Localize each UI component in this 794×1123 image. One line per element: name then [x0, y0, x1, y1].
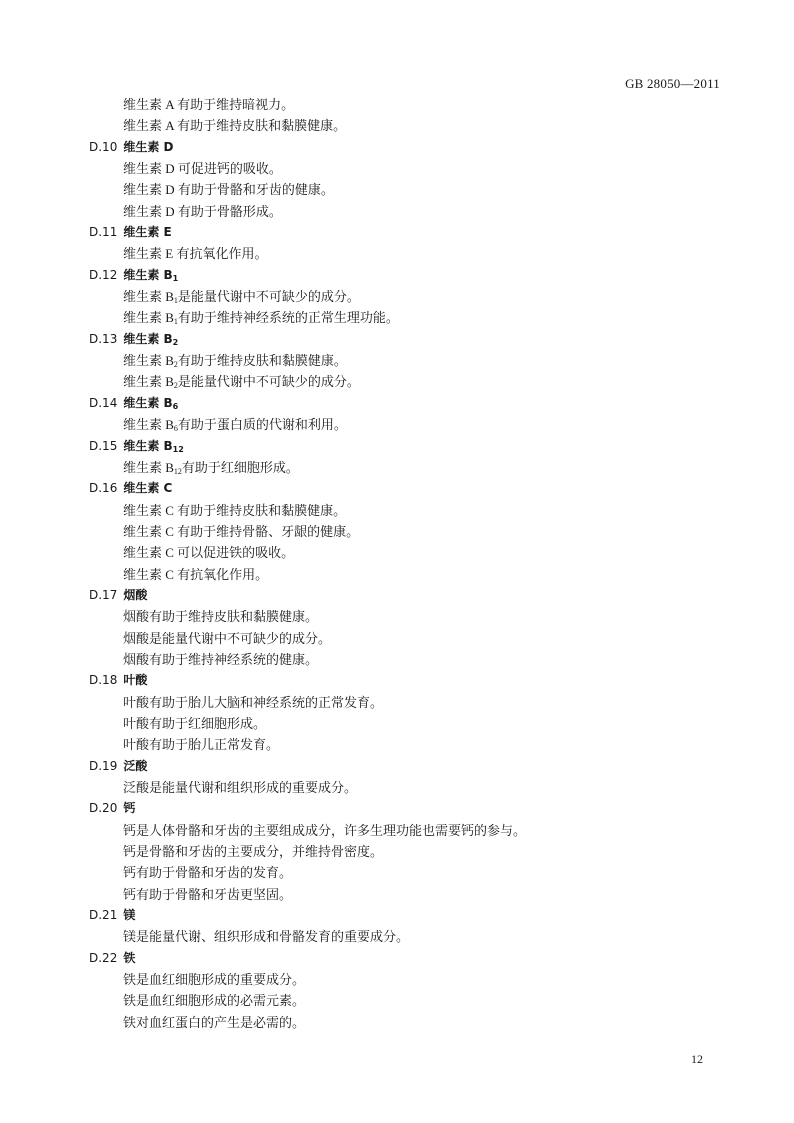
section-heading: D.19泛酸: [89, 756, 729, 777]
section-title: 烟酸: [123, 588, 147, 602]
section-title: 维生素 B: [123, 439, 172, 453]
section-title: 维生素 B: [123, 268, 172, 282]
section-number: D.22: [89, 951, 117, 965]
claim-text: 叶酸有助于胎儿正常发育。: [89, 734, 729, 755]
section-heading: D.11维生素 E: [89, 222, 729, 243]
claim-text: 维生素 C 有抗氧化作用。: [89, 564, 729, 585]
claim-body: 烟酸有助于维持皮肤和黏膜健康。: [123, 609, 318, 624]
claim-body: 维生素 E 有抗氧化作用。: [123, 246, 267, 261]
subscript: 12: [173, 445, 184, 454]
section-heading: D.18叶酸: [89, 670, 729, 691]
claim-body: 铁是血红细胞形成的必需元素。: [123, 993, 305, 1008]
section-heading: D.14维生素 B6: [89, 393, 729, 414]
claim-body: 维生素 C 有抗氧化作用。: [123, 567, 268, 582]
claim-body: 维生素 D 可促进钙的吸收。: [123, 161, 282, 176]
section-number: D.15: [89, 439, 117, 453]
claim-body: 有助于维持神经系统的正常生理功能。: [178, 310, 399, 325]
claim-body: 铁是血红细胞形成的重要成分。: [123, 972, 305, 987]
claim-text: 铁对血红蛋白的产生是必需的。: [89, 1012, 729, 1033]
section-title: 维生素 C: [123, 481, 172, 495]
claim-body: 有助于维持皮肤和黏膜健康。: [178, 353, 347, 368]
claim-body: 是能量代谢中不可缺少的成分。: [178, 289, 360, 304]
claim-prefix: 维生素 B: [123, 417, 174, 432]
subscript: 2: [173, 338, 179, 347]
claim-body: 叶酸有助于胎儿大脑和神经系统的正常发育。: [123, 695, 383, 710]
claim-body: 有助于蛋白质的代谢和利用。: [178, 417, 347, 432]
claim-body: 维生素 C 有助于维持皮肤和黏膜健康。: [123, 503, 346, 518]
claim-text: 维生素 A 有助于维持皮肤和黏膜健康。: [89, 115, 729, 136]
claim-text: 维生素 C 可以促进铁的吸收。: [89, 542, 729, 563]
claim-body: 铁对血红蛋白的产生是必需的。: [123, 1015, 305, 1030]
claim-text: 维生素 B1有助于维持神经系统的正常生理功能。: [89, 307, 729, 328]
claim-body: 钙有助于骨骼和牙齿的发育。: [123, 865, 292, 880]
claim-body: 维生素 A 有助于维持皮肤和黏膜健康。: [123, 118, 346, 133]
section-title: 叶酸: [123, 673, 147, 687]
section-number: D.16: [89, 481, 117, 495]
section-title: 钙: [123, 801, 135, 815]
claim-text: 烟酸是能量代谢中不可缺少的成分。: [89, 628, 729, 649]
claim-text: 铁是血红细胞形成的必需元素。: [89, 990, 729, 1011]
section-heading: D.16维生素 C: [89, 478, 729, 499]
claim-body: 维生素 A 有助于维持暗视力。: [123, 97, 294, 112]
claim-prefix: 维生素 B: [123, 353, 174, 368]
claim-text: 钙是人体骨骼和牙齿的主要组成成分，许多生理功能也需要钙的参与。: [89, 820, 729, 841]
claim-body: 钙是人体骨骼和牙齿的主要组成成分，许多生理功能也需要钙的参与。: [123, 823, 526, 838]
standard-number: GB 28050—2011: [625, 76, 720, 92]
section-heading: D.17烟酸: [89, 585, 729, 606]
claim-body: 有助于红细胞形成。: [182, 460, 299, 475]
claim-text: 烟酸有助于维持神经系统的健康。: [89, 649, 729, 670]
claim-text: 叶酸有助于红细胞形成。: [89, 713, 729, 734]
section-number: D.10: [89, 140, 117, 154]
section-number: D.18: [89, 673, 117, 687]
claim-prefix: 维生素 B: [123, 289, 174, 304]
claim-text: 钙有助于骨骼和牙齿更坚固。: [89, 884, 729, 905]
claim-text: 泛酸是能量代谢和组织形成的重要成分。: [89, 777, 729, 798]
claim-text: 维生素 A 有助于维持暗视力。: [89, 94, 729, 115]
subscript: 6: [173, 402, 179, 411]
claim-text: 维生素 C 有助于维持皮肤和黏膜健康。: [89, 500, 729, 521]
claim-prefix: 维生素 B: [123, 310, 174, 325]
claim-prefix: 维生素 B: [123, 460, 174, 475]
claim-text: 维生素 B1是能量代谢中不可缺少的成分。: [89, 286, 729, 307]
section-number: D.21: [89, 908, 117, 922]
section-number: D.11: [89, 225, 117, 239]
claim-text: 铁是血红细胞形成的重要成分。: [89, 969, 729, 990]
claim-text: 烟酸有助于维持皮肤和黏膜健康。: [89, 606, 729, 627]
section-title: 铁: [123, 951, 135, 965]
claim-text: 维生素 D 有助于骨骼和牙齿的健康。: [89, 179, 729, 200]
claim-text: 叶酸有助于胎儿大脑和神经系统的正常发育。: [89, 692, 729, 713]
claim-text: 维生素 B6有助于蛋白质的代谢和利用。: [89, 414, 729, 435]
section-title: 泛酸: [123, 759, 147, 773]
section-heading: D.12维生素 B1: [89, 265, 729, 286]
section-title: 维生素 D: [123, 140, 173, 154]
claim-text: 维生素 E 有抗氧化作用。: [89, 243, 729, 264]
section-number: D.19: [89, 759, 117, 773]
claim-body: 钙是骨骼和牙齿的主要成分，并维持骨密度。: [123, 844, 383, 859]
subscript: 12: [174, 467, 182, 476]
claim-body: 是能量代谢中不可缺少的成分。: [178, 374, 360, 389]
claim-body: 维生素 C 可以促进铁的吸收。: [123, 545, 294, 560]
claim-body: 泛酸是能量代谢和组织形成的重要成分。: [123, 780, 357, 795]
section-number: D.20: [89, 801, 117, 815]
section-heading: D.21镁: [89, 905, 729, 926]
section-number: D.13: [89, 332, 117, 346]
claim-text: 维生素 C 有助于维持骨骼、牙龈的健康。: [89, 521, 729, 542]
claim-text: 维生素 B2是能量代谢中不可缺少的成分。: [89, 371, 729, 392]
claim-text: 维生素 B12有助于红细胞形成。: [89, 457, 729, 478]
claim-text: 钙有助于骨骼和牙齿的发育。: [89, 862, 729, 883]
claim-text: 维生素 D 可促进钙的吸收。: [89, 158, 729, 179]
section-title: 维生素 B: [123, 396, 172, 410]
claim-text: 维生素 B2有助于维持皮肤和黏膜健康。: [89, 350, 729, 371]
section-heading: D.13维生素 B2: [89, 329, 729, 350]
page-number: 12: [691, 1052, 703, 1067]
claim-body: 叶酸有助于红细胞形成。: [123, 716, 266, 731]
claim-body: 钙有助于骨骼和牙齿更坚固。: [123, 887, 292, 902]
claim-body: 烟酸有助于维持神经系统的健康。: [123, 652, 318, 667]
section-heading: D.20钙: [89, 798, 729, 819]
claim-body: 镁是能量代谢、组织形成和骨骼发育的重要成分。: [123, 929, 409, 944]
section-number: D.12: [89, 268, 117, 282]
claim-prefix: 维生素 B: [123, 374, 174, 389]
section-heading: D.10维生素 D: [89, 137, 729, 158]
section-number: D.14: [89, 396, 117, 410]
claim-body: 维生素 D 有助于骨骼形成。: [123, 204, 282, 219]
section-number: D.17: [89, 588, 117, 602]
section-title: 维生素 B: [123, 332, 172, 346]
section-title: 维生素 E: [123, 225, 171, 239]
claim-text: 镁是能量代谢、组织形成和骨骼发育的重要成分。: [89, 926, 729, 947]
section-heading: D.22铁: [89, 948, 729, 969]
claim-body: 叶酸有助于胎儿正常发育。: [123, 737, 279, 752]
claim-body: 维生素 C 有助于维持骨骼、牙龈的健康。: [123, 524, 359, 539]
section-title: 镁: [123, 908, 135, 922]
section-heading: D.15维生素 B12: [89, 436, 729, 457]
subscript: 1: [173, 274, 179, 283]
document-body: 维生素 A 有助于维持暗视力。维生素 A 有助于维持皮肤和黏膜健康。D.10维生…: [89, 94, 729, 1033]
claim-text: 钙是骨骼和牙齿的主要成分，并维持骨密度。: [89, 841, 729, 862]
claim-body: 维生素 D 有助于骨骼和牙齿的健康。: [123, 182, 334, 197]
claim-body: 烟酸是能量代谢中不可缺少的成分。: [123, 631, 331, 646]
claim-text: 维生素 D 有助于骨骼形成。: [89, 201, 729, 222]
